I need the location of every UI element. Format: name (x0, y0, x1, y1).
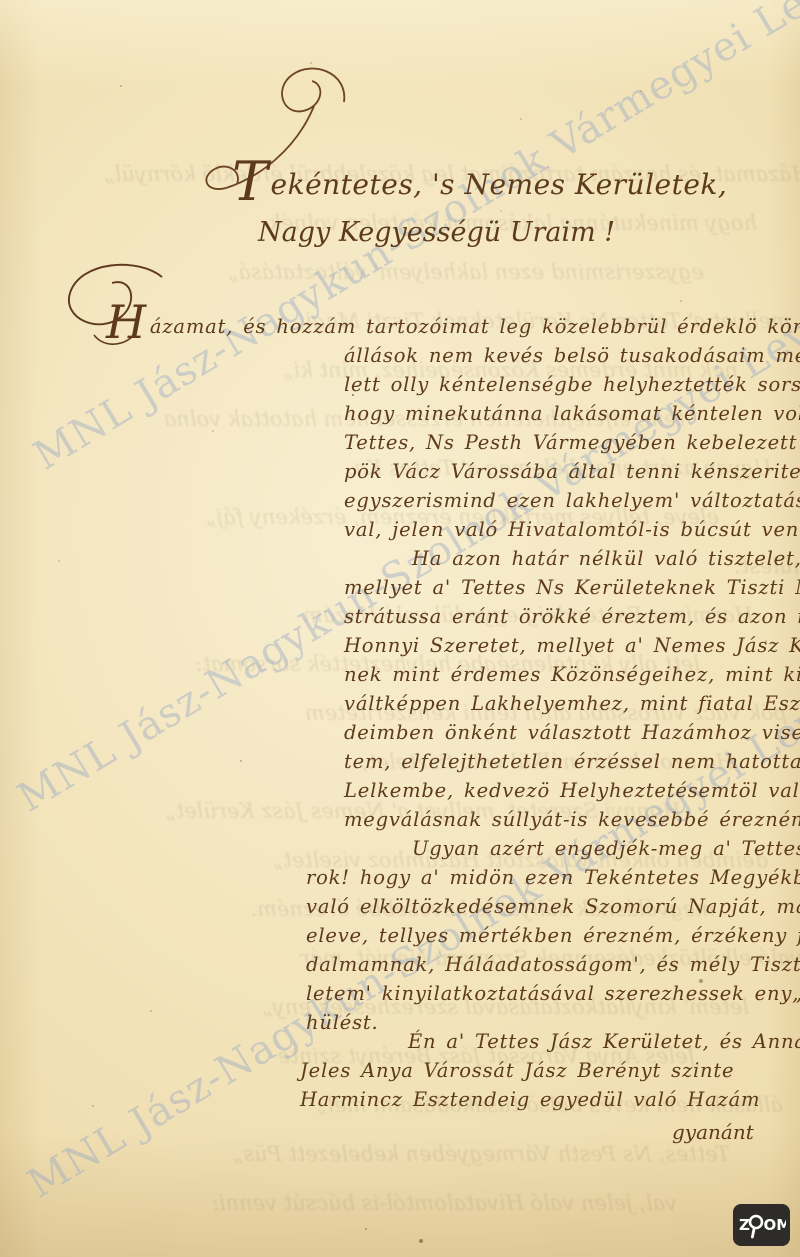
paragraph-2: Ha azon határ nélkül való tisztelet,mell… (60, 544, 800, 834)
manuscript-line: rok! hogy a' midön ezen Tekéntetes Megyé… (306, 863, 800, 892)
manuscript-line: Lelkembe, kedvezö Helyheztetésemtöl való (344, 776, 800, 805)
letter-body: Házamat, és hozzám tartozóimat leg közel… (60, 312, 800, 1114)
manuscript-line: Honnyi Szeretet, mellyet a' Nemes Jász K… (344, 631, 800, 660)
paragraph-1: Házamat, és hozzám tartozóimat leg közel… (60, 312, 800, 544)
salutation-line-1: Tekéntetes, 's Nemes Kerületek, (232, 168, 727, 201)
manuscript-line: hogy minekutánna lakásomat kéntelen voln… (344, 399, 800, 428)
manuscript-line: deimben önként választott Hazámhoz visel… (344, 718, 800, 747)
manuscript-line: pök Vácz Várossába által tenni kénszerit… (344, 457, 800, 486)
zoom-logo: Z OM (733, 1204, 790, 1246)
magnifier-icon (750, 1216, 762, 1237)
manuscript-line: letem' kinyilatkoztatásával szerezhessek… (306, 979, 800, 1008)
manuscript-line: tem, elfelejthetetlen érzéssel nem hatot… (344, 747, 800, 776)
manuscript-line: mellyet a' Tettes Ns Kerületeknek Tiszti… (344, 573, 800, 602)
catchword: gyanánt (672, 1120, 754, 1144)
paragraph-4: Én a' Tettes Jász Kerületet, és AnnakJel… (60, 1027, 800, 1114)
manuscript-line: lett olly kéntelenségbe helyheztették so… (344, 370, 800, 399)
salutation: Tekéntetes, 's Nemes Kerületek, Nagy Keg… (232, 168, 727, 248)
salutation-line-1-text: ekéntetes, 's Nemes Kerületek, (271, 168, 728, 201)
zoom-text-z: Z (739, 1216, 750, 1234)
manuscript-line: Házamat, és hozzám tartozóimat leg közel… (60, 312, 800, 341)
manuscript-page: Házamat, és hozzám tartozóimat leg közel… (0, 0, 800, 1257)
manuscript-line: való elköltözkedésemnek Szomorú Napját, … (306, 892, 800, 921)
manuscript-line: Ugyan azért engedjék-meg a' Tettes Ka„ (412, 834, 800, 863)
paragraph-3: Ugyan azért engedjék-meg a' Tettes Ka„ro… (60, 834, 800, 1037)
zoom-logo-graphic: Z OM (738, 1209, 786, 1241)
manuscript-line: megválásnak súllyát-is kevesebbé érezném… (344, 805, 800, 834)
bleedthrough-line: val, jelen való Hivatalomtól-is búcsút v… (0, 1179, 677, 1228)
manuscript-line: állások nem kevés belsö tusakodásaim mel… (344, 341, 800, 370)
manuscript-line: Harmincz Esztendeig egyedül való Hazám (300, 1085, 800, 1114)
manuscript-line: strátussa eránt örökké éreztem, és azon … (344, 602, 800, 631)
paper-specks (0, 0, 2, 2)
manuscript-line: dalmamnak, Háláadatosságom', és mély Tis… (306, 950, 800, 979)
drop-initial-H: H (106, 295, 147, 349)
manuscript-line: eleve, tellyes mértékben érezném, érzéke… (306, 921, 800, 950)
manuscript-line-text: ázamat, és hozzám tartozóimat leg közele… (150, 315, 800, 338)
manuscript-line: Ha azon határ nélkül való tisztelet, (412, 544, 800, 573)
salutation-line-2: Nagy Kegyességü Uraim ! (258, 217, 727, 248)
manuscript-line: val, jelen való Hivatalomtól-is búcsút v… (344, 515, 800, 544)
manuscript-line: Én a' Tettes Jász Kerületet, és Annak (408, 1027, 800, 1056)
manuscript-line: nek mint érdemes Közönségeihez, mint ki„ (344, 660, 800, 689)
manuscript-line: Tettes, Ns Pesth Vármegyében kebelezett … (344, 428, 800, 457)
drop-initial-T: T (232, 150, 269, 213)
manuscript-line: váltképpen Lakhelyemhez, mint fiatal Esz… (344, 689, 800, 718)
manuscript-line: egyszerismind ezen lakhelyem' változtatá… (344, 486, 800, 515)
zoom-text-om: OM (763, 1216, 786, 1234)
manuscript-line: Jeles Anya Várossát Jász Berényt szinte (300, 1056, 800, 1085)
